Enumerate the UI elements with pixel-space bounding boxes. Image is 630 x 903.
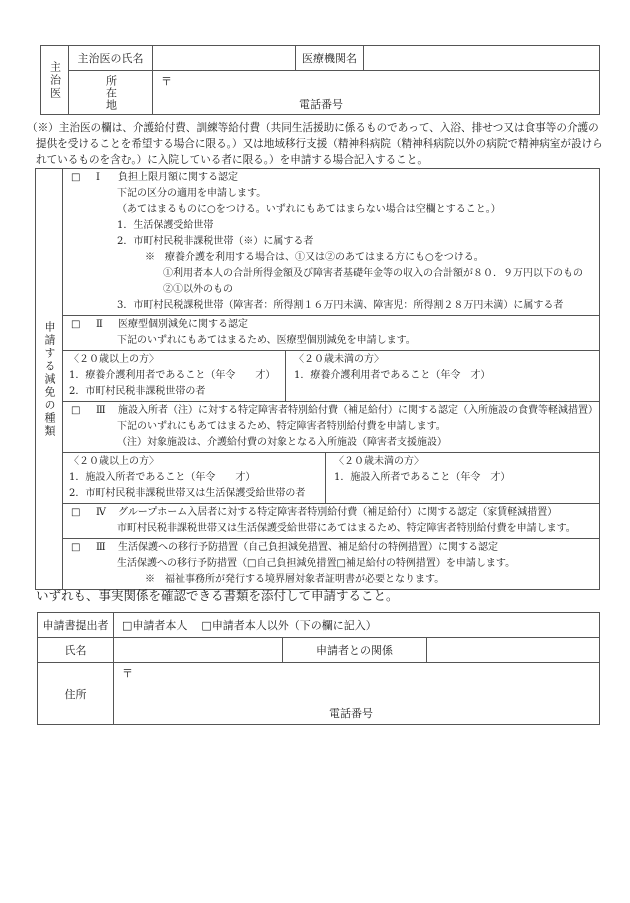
section-1-suboption[interactable]: ②①以外のもの — [63, 282, 599, 298]
section-2-numeral: Ⅱ — [96, 317, 118, 333]
submitter-address-input-area[interactable]: 〒 電話番号 — [114, 663, 599, 724]
section-3-title: 施設入所者（注）に対する特定障害者特別給付費（補足給付）に関する認定（入所施設の… — [118, 403, 598, 419]
doctor-row-header: 主治医 — [41, 46, 69, 114]
section-2-left-item: 2．市町村民税非課税世帯の者 — [63, 384, 285, 400]
relation-input-area[interactable] — [427, 638, 599, 662]
applicant-self-label: 申請者本人 — [132, 617, 187, 633]
submitter-phone-label: 電話番号 — [329, 705, 373, 721]
section-5-title: 生活保護への移行予防措置（自己負担減免措置、補足給付の特例措置）に関する認定 — [118, 540, 498, 556]
doctor-table: 主治医 主治医の氏名 医療機関名 所在地 〒 電話番号 — [40, 45, 600, 115]
submitter-name-label: 氏名 — [38, 638, 114, 662]
section-2-checkbox[interactable]: □ — [71, 317, 96, 333]
doctor-name-label: 主治医の氏名 — [69, 46, 153, 70]
submitter-name-input-area[interactable] — [114, 638, 283, 662]
doctor-row-label: 主治医 — [47, 61, 63, 100]
section-2: □ Ⅱ 医療型個別減免に関する認定 下記のいずれにもあてはまるため、医療型個別減… — [63, 316, 599, 351]
section-4: □ Ⅳ グループホーム入居者に対する特定障害者特別給付費（補足給付）に関する認定… — [63, 504, 599, 539]
option-applicant-other[interactable]: □ 申請者本人以外（下の欄に記入） — [201, 617, 376, 633]
section-2-left-item: 1．療養介護利用者であること（年令 才） — [63, 368, 285, 384]
applicant-self-checkbox[interactable]: □ — [122, 619, 132, 632]
section-3-line: 下記のいずれにもあてはまるため、特定障害者特別給付費を申請します。 — [63, 419, 599, 435]
section-3-columns: 〈２０歳以上の方〉 1．施設入所者であること（年令 才） 2．市町村民税非課税世… — [63, 453, 599, 504]
section-3-checkbox[interactable]: □ — [71, 403, 96, 419]
submitter-table: 申請書提出者 □ 申請者本人 □ 申請者本人以外（下の欄に記入） 氏名 申請者と… — [37, 612, 600, 725]
doctor-address-header: 所在地 — [69, 71, 153, 114]
section-1-option[interactable]: 2．市町村民税非課税世帯（※）に属する者 — [63, 234, 599, 250]
doctor-name-input-area[interactable] — [153, 46, 296, 70]
section-2-left-header: 〈２０歳以上の方〉 — [63, 352, 285, 368]
section-1-suboption[interactable]: ①利用者本人の合計所得金額及び障害者基礎年金等の収入の合計額が８０．９万円以下の… — [63, 266, 599, 282]
institution-input-area[interactable] — [364, 46, 599, 70]
application-form-page: 主治医 主治医の氏名 医療機関名 所在地 〒 電話番号 （※）主治医の欄は、介護… — [0, 0, 630, 903]
doctor-address-input-area[interactable]: 〒 電話番号 — [153, 71, 599, 114]
exemption-table: 申請する減免の種類 □ Ⅰ 負担上限月額に関する認定 下記の区分の適用を申請しま… — [35, 168, 600, 590]
section-1-title: 負担上限月額に関する認定 — [118, 170, 238, 186]
exemption-row-header: 申請する減免の種類 — [36, 169, 63, 589]
section-2-title: 医療型個別減免に関する認定 — [118, 317, 248, 333]
section-1-checkbox[interactable]: □ — [71, 170, 96, 186]
institution-label: 医療機関名 — [296, 46, 364, 70]
doctor-note-line: （※）主治医の欄は、介護給付費、訓練等給付費（共同生活援助に係るものであって、入… — [27, 120, 607, 136]
postal-mark: 〒 — [122, 665, 133, 681]
doctor-phone-label: 電話番号 — [299, 96, 343, 112]
section-5: □ Ⅲ 生活保護への移行予防措置（自己負担減免措置、補足給付の特例措置）に関する… — [63, 539, 599, 589]
section-3-right-header: 〈２０歳未満の方〉 — [326, 454, 599, 470]
doctor-address-label: 所在地 — [103, 75, 119, 111]
section-3-numeral: Ⅲ — [96, 403, 118, 419]
section-1-option[interactable]: 1．生活保護受給世帯 — [63, 218, 599, 234]
doctor-note: （※）主治医の欄は、介護給付費、訓練等給付費（共同生活援助に係るものであって、入… — [27, 120, 607, 168]
section-1-numeral: Ⅰ — [96, 170, 118, 186]
doctor-note-line: 提供を受けることを希望する場合に限る。）又は地域移行支援（精神科病院（精神科病院… — [27, 136, 607, 152]
section-1: □ Ⅰ 負担上限月額に関する認定 下記の区分の適用を申請します。 （あてはまるも… — [63, 169, 599, 316]
section-3: □ Ⅲ 施設入所者（注）に対する特定障害者特別給付費（補足給付）に関する認定（入… — [63, 402, 599, 453]
section-4-title: グループホーム入居者に対する特定障害者特別給付費（補足給付）に関する認定（家賃軽… — [118, 505, 557, 521]
section-1-note: ※ 療養介護を利用する場合は、①又は②のあてはまる方にも○をつける。 — [63, 250, 599, 266]
section-5-checkbox[interactable]: □ — [71, 540, 96, 556]
submitter-label: 申請書提出者 — [38, 613, 114, 637]
option-applicant-self[interactable]: □ 申請者本人 — [122, 617, 187, 633]
section-3-note: （注）対象施設は、介護給付費の対象となる入所施設（障害者支援施設） — [63, 435, 599, 451]
section-3-left-item: 1．施設入所者であること（年令 才） — [63, 470, 325, 486]
applicant-other-label: 申請者本人以外（下の欄に記入） — [212, 617, 377, 633]
section-2-line: 下記のいずれにもあてはまるため、医療型個別減免を申請します。 — [63, 333, 599, 349]
section-2-right-header: 〈２０歳未満の方〉 — [286, 352, 599, 368]
section-4-numeral: Ⅳ — [96, 505, 118, 521]
relation-label: 申請者との関係 — [283, 638, 427, 662]
exemption-vertical-label: 申請する減免の種類 — [41, 321, 57, 438]
submitter-address-label: 住所 — [38, 663, 114, 724]
section-5-line: 生活保護への移行予防措置（□自己負担減免措置□補足給付の特例措置）を申請します。 — [63, 556, 599, 572]
section-5-numeral: Ⅲ — [96, 540, 118, 556]
section-4-line: 市町村民税非課税世帯又は生活保護受給世帯にあてはまるため、特定障害者特別給付費を… — [63, 521, 599, 537]
postal-mark: 〒 — [161, 73, 172, 89]
applicant-other-checkbox[interactable]: □ — [201, 619, 211, 632]
section-2-right-item: 1．療養介護利用者であること（年令 才） — [286, 368, 599, 384]
section-3-left-item: 2．市町村民税非課税世帯又は生活保護受給世帯の者 — [63, 486, 325, 502]
section-3-right-item: 1．施設入所者であること（年令 才） — [326, 470, 599, 486]
section-1-option[interactable]: 3．市町村民税課税世帯（障害者：所得割１６万円未満、障害児：所得割２８万円未満）… — [63, 298, 599, 314]
submitter-options: □ 申請者本人 □ 申請者本人以外（下の欄に記入） — [114, 613, 599, 637]
section-4-checkbox[interactable]: □ — [71, 505, 96, 521]
section-1-line: 下記の区分の適用を申請します。 — [63, 186, 599, 202]
doctor-note-line: れているものを含む。）に入院している者に限る。）を申請する場合記入すること。 — [27, 152, 607, 168]
section-1-line: （あてはまるものに○をつける。いずれにもあてはまらない場合は空欄とすること。） — [63, 202, 599, 218]
attach-note: いずれも、事実関係を確認できる書類を添付して申請すること。 — [36, 586, 399, 604]
section-3-left-header: 〈２０歳以上の方〉 — [63, 454, 325, 470]
section-2-columns: 〈２０歳以上の方〉 1．療養介護利用者であること（年令 才） 2．市町村民税非課… — [63, 351, 599, 402]
